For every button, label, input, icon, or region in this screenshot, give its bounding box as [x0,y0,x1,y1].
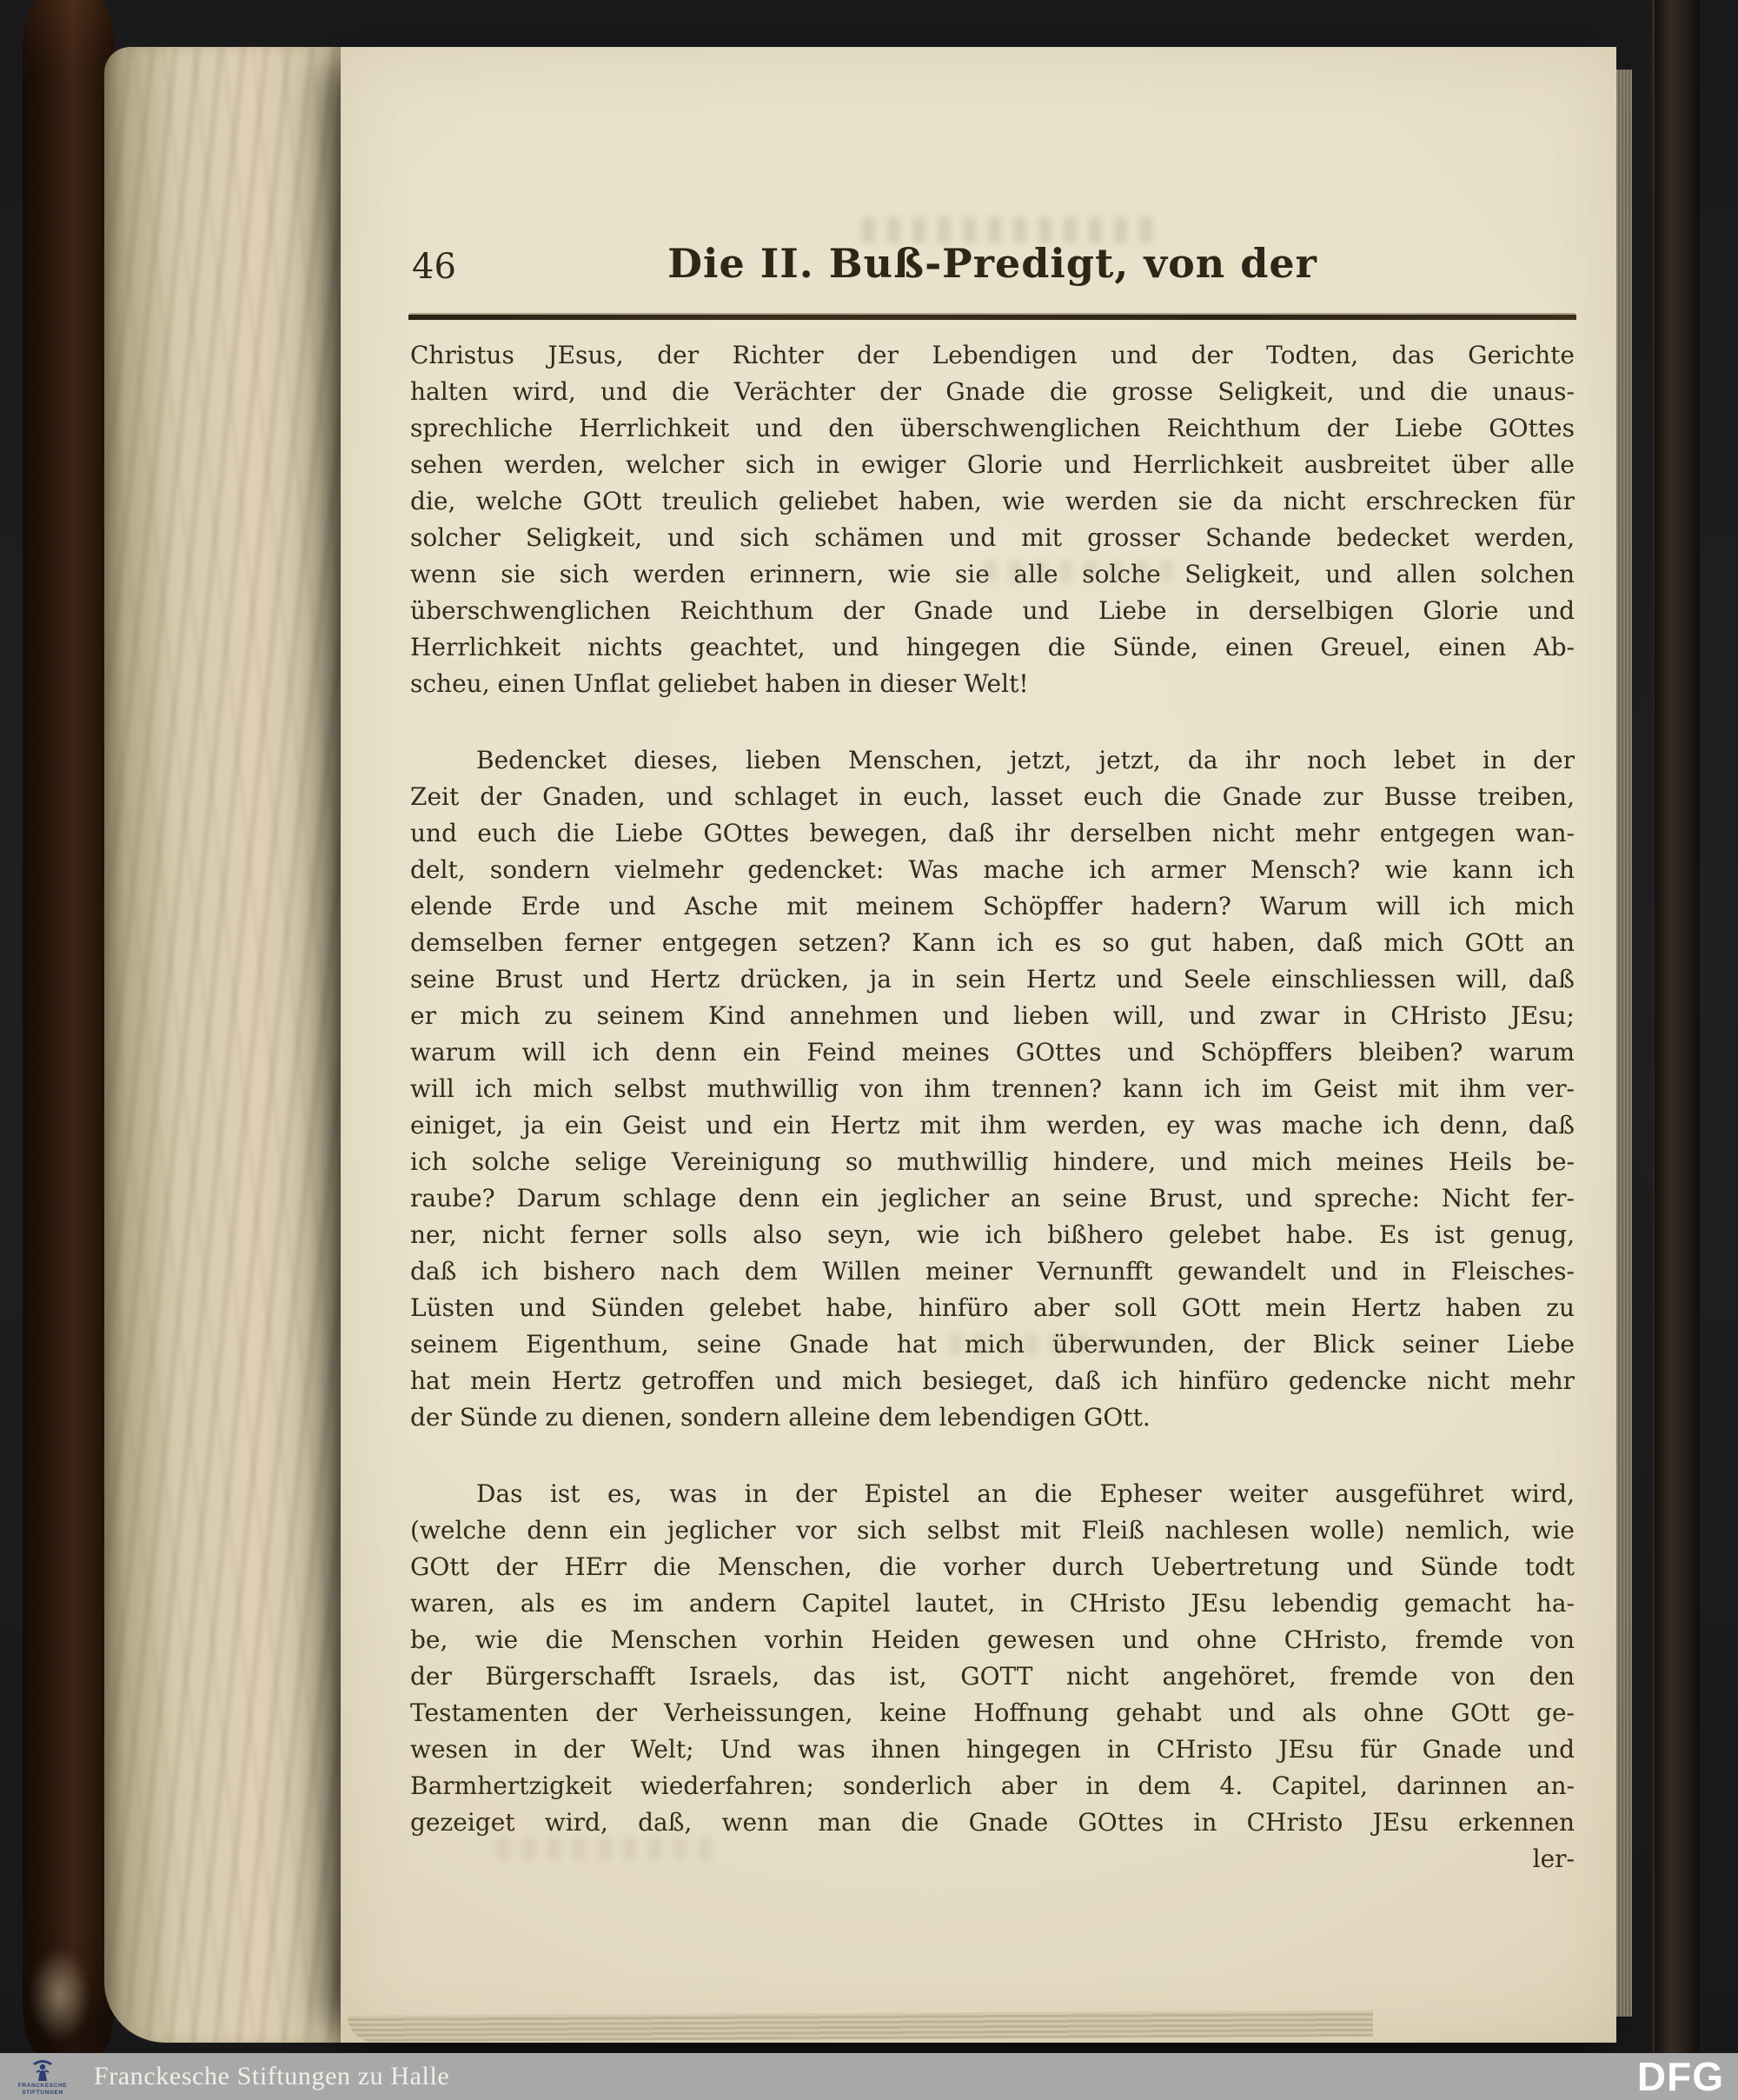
page-edge-marbling [104,47,344,2043]
text-line: die, welche GOtt treulich geliebet haben… [410,483,1575,520]
logo-caption-line1: FRANCKESCHE [18,2083,67,2090]
text-line: halten wird, und die Verächter der Gnade… [410,374,1575,410]
text-line: will ich mich selbst muthwillig von ihm … [410,1071,1575,1107]
text-line: der Sünde zu dienen, sondern alleine dem… [410,1399,1575,1436]
institution-logo: FRANCKESCHE STIFTUNGEN [17,2055,68,2098]
text-line: er mich zu seinem Kind annehmen und lieb… [410,998,1575,1034]
text-line: Zeit der Gnaden, und schlaget in euch, l… [410,779,1575,815]
book-scan-scene: 46 Die II. Buß-Predigt, von der Christus… [0,0,1738,2100]
footer-bar: FRANCKESCHE STIFTUNGEN Franckesche Stift… [0,2053,1738,2100]
logo-caption-line2: STIFTUNGEN [22,2090,63,2097]
spine-wear-patch [30,1947,90,2043]
text-line: sprechliche Herrlichkeit und den übersch… [410,410,1575,447]
text-line: Bedencket dieses, lieben Menschen, jetzt… [410,742,1575,779]
text-line: hat mein Hertz getroffen und mich besieg… [410,1363,1575,1399]
bottom-page-edges [348,2010,1373,2042]
text-line: scheu, einen Unflat geliebet haben in di… [410,666,1575,702]
text-line: raube? Darum schlage denn ein jeglicher … [410,1180,1575,1217]
text-line: Barmhertzigkeit wiederfahren; sonderlich… [410,1768,1575,1804]
text-line: wenn sie sich werden erinnern, wie sie a… [410,556,1575,593]
text-line: waren, als es im andern Capitel lautet, … [410,1585,1575,1622]
text-line: seine Brust und Hertz drücken, ja in sei… [410,961,1575,998]
text-line: daß ich bishero nach dem Willen meiner V… [410,1253,1575,1290]
text-line: solcher Seligkeit, und sich schämen und … [410,520,1575,556]
text-line: GOtt der HErr die Menschen, die vorher d… [410,1549,1575,1585]
text-line: seinem Eigenthum, seine Gnade hat mich ü… [410,1326,1575,1363]
dfg-logo: DFG [1637,2053,1724,2100]
running-header: Die II. Buß-Predigt, von der [410,240,1575,287]
right-page-edges [1616,70,1632,2017]
text-line: sehen werden, welcher sich in ewiger Glo… [410,447,1575,483]
right-cover-edge [1655,0,1700,2053]
text-line: und euch die Liebe GOttes bewegen, daß i… [410,815,1575,852]
text-line: elende Erde und Asche mit meinem Schöpff… [410,888,1575,925]
catchword: ler- [410,1841,1575,1877]
paragraph: Das ist es, was in der Epistel an die Ep… [410,1476,1575,1841]
text-line: Herrlichkeit nichts geachtet, und hingeg… [410,629,1575,666]
text-line: delt, sondern vielmehr gedencket: Was ma… [410,852,1575,888]
text-line: (welche denn ein jeglicher vor sich selb… [410,1512,1575,1549]
text-line: Testamenten der Verheissungen, keine Hof… [410,1695,1575,1731]
institution-name: Franckesche Stiftungen zu Halle [94,2062,449,2091]
text-line: einiget, ja ein Geist und ein Hertz mit … [410,1107,1575,1144]
text-line: warum will ich denn ein Feind meines GOt… [410,1034,1575,1071]
text-line: Christus JEsus, der Richter der Lebendig… [410,337,1575,374]
text-line: ich solche selige Vereinigung so muthwil… [410,1144,1575,1180]
text-line: be, wie die Menschen vorhin Heiden gewes… [410,1622,1575,1658]
text-line: gezeiget wird, daß, wenn man die Gnade G… [410,1804,1575,1841]
book-spine [23,0,115,2053]
text-line: wesen in der Welt; Und was ihnen hingege… [410,1731,1575,1768]
book-page: 46 Die II. Buß-Predigt, von der Christus… [341,47,1616,2043]
text-line: ner, nicht ferner solls also seyn, wie i… [410,1217,1575,1253]
text-line: überschwenglichen Reichthum der Gnade un… [410,593,1575,629]
paragraph: Christus JEsus, der Richter der Lebendig… [410,337,1575,702]
text-line: der Bürgerschafft Israels, das ist, GOTT… [410,1658,1575,1695]
text-line: demselben ferner entgegen setzen? Kann i… [410,925,1575,961]
logo-figure-icon [30,2057,56,2083]
left-page-edges [104,47,344,2043]
paragraph: Bedencket dieses, lieben Menschen, jetzt… [410,742,1575,1436]
text-line: Das ist es, was in der Epistel an die Ep… [410,1476,1575,1512]
body-text: Christus JEsus, der Richter der Lebendig… [410,337,1575,1877]
header-rule [408,315,1576,320]
text-line: Lüsten und Sünden gelebet habe, hinfüro … [410,1290,1575,1326]
